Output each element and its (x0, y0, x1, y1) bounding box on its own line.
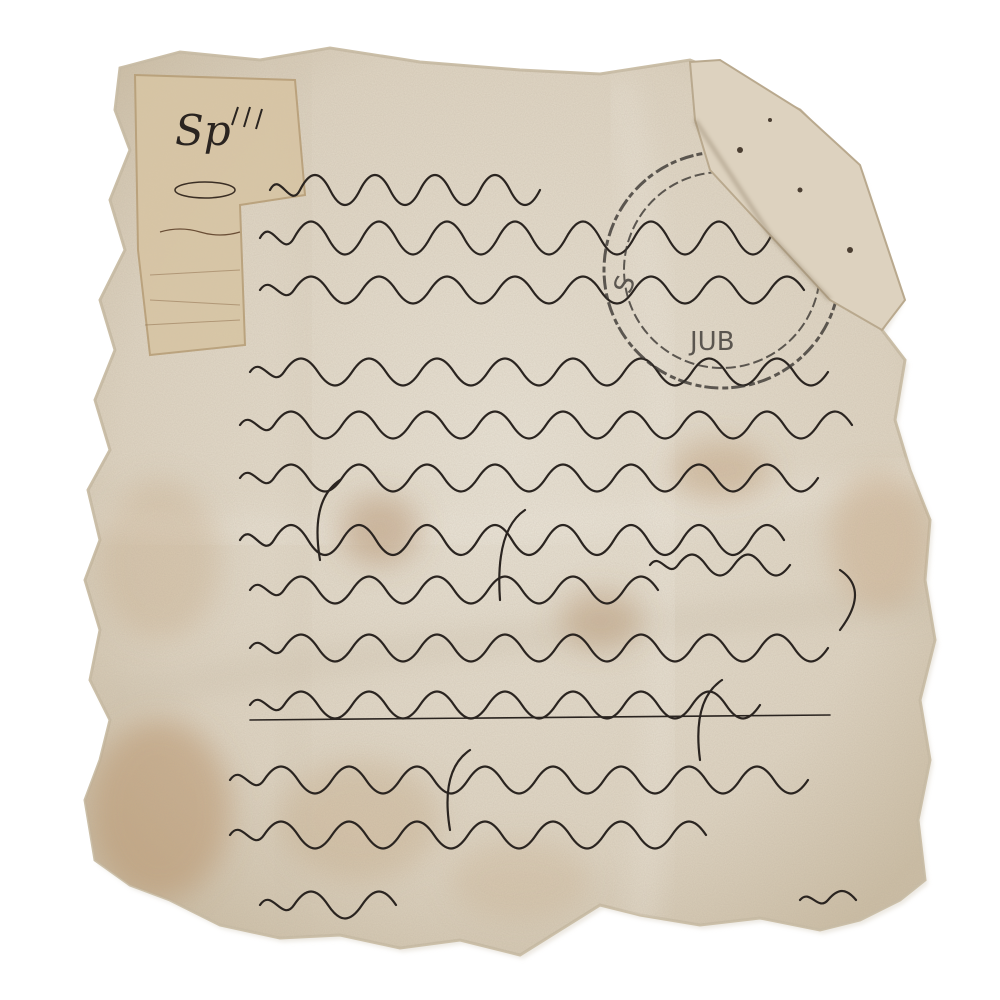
header-mark: Sp (175, 106, 231, 155)
photo-scene: Sp S JUB (0, 0, 1000, 1000)
torn-letter-illustration: Sp S JUB (0, 0, 1000, 1000)
postmark-date: JUB (688, 327, 735, 357)
